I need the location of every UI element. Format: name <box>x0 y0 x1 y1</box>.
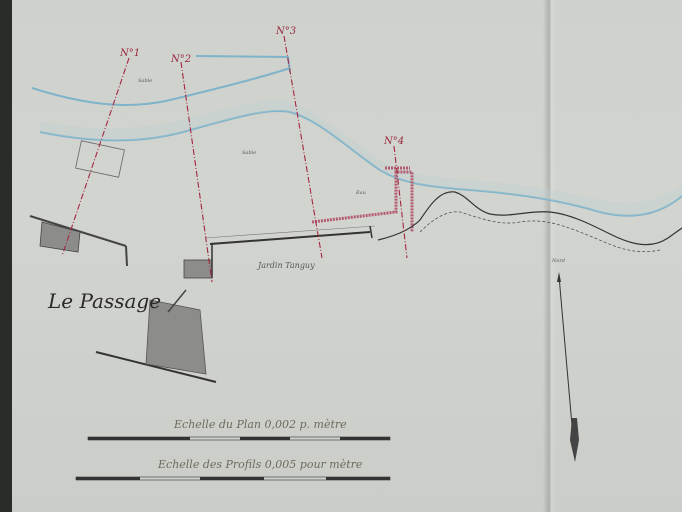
scale-plan-title: Echelle du Plan 0,002 p. mètre <box>173 418 347 431</box>
label-sable-2: Sable <box>242 150 256 156</box>
profile-label-3: N°3 <box>275 26 296 37</box>
red-enclosure <box>312 168 412 232</box>
scale-profils-bar <box>76 477 390 480</box>
scale-profils-title: Echelle des Profils 0,005 pour mètre <box>157 458 363 471</box>
north-label: Nord <box>551 258 565 264</box>
profile-lines <box>62 36 407 282</box>
small-structure <box>76 141 125 178</box>
profile-label-2: N°2 <box>170 54 191 65</box>
garden-wall <box>184 226 375 278</box>
scale-plan-bar <box>88 437 390 440</box>
label-sable-1: Sable <box>138 78 152 84</box>
rocks <box>378 192 682 252</box>
map-title: Le Passage <box>47 289 161 313</box>
north-arrow-icon <box>557 272 579 462</box>
profile-label-4: N°4 <box>383 136 404 147</box>
profile-label-1: N°1 <box>119 48 140 59</box>
label-jardin: Jardin Tanguy <box>256 261 315 270</box>
label-eau: Eau <box>355 190 366 196</box>
map-drawing: N°1 N°2 N°3 N°4 Sable Sable Eau Jardin T… <box>0 0 682 512</box>
left-building <box>30 216 127 266</box>
